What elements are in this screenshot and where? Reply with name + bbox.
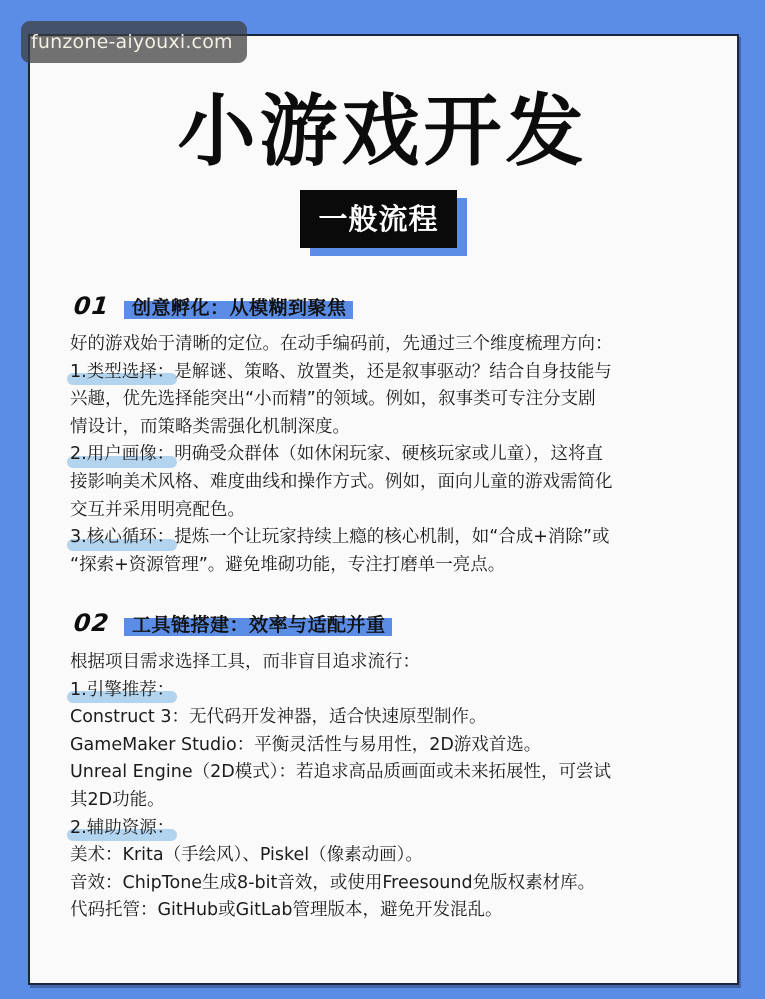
page-title: 小游戏开发	[0, 82, 765, 182]
section-header-01: 01 创意孵化：从模糊到聚焦	[74, 289, 353, 323]
group-label: 2.辅助资源：	[70, 815, 710, 843]
list-item: 1.类型选择：是解谜、策略、放置类，还是叙事驱动？结合自身技能与	[70, 359, 710, 387]
section-title: 创意孵化：从模糊到聚焦	[132, 297, 347, 319]
item-line: 兴趣，优先选择能突出“小而精”的领域。例如，叙事类可专注分支剧	[70, 386, 710, 414]
section-01-body: 好的游戏始于清晰的定位。在动手编码前，先通过三个维度梳理方向： 1.类型选择：是…	[70, 331, 710, 579]
section-number: 02	[73, 609, 126, 637]
group-label: 1.引擎推荐：	[70, 677, 710, 705]
engine-item: Unreal Engine（2D模式）：若追求高品质画面或未来拓展性，可尝试	[70, 759, 710, 787]
intro-text: 根据项目需求选择工具，而非盲目追求流行：	[70, 649, 710, 677]
watermark: funzone-aiyouxi.com	[21, 21, 247, 63]
intro-text: 好的游戏始于清晰的定位。在动手编码前，先通过三个维度梳理方向：	[70, 331, 710, 359]
section-title-wrap: 创意孵化：从模糊到聚焦	[124, 293, 353, 320]
subtitle-label: 一般流程	[300, 190, 457, 248]
section-number: 01	[73, 292, 126, 320]
resource-item: 音效：ChipTone生成8-bit音效，或使用Freesound免版权素材库。	[70, 870, 710, 898]
item-label-highlight: 3.核心循环：	[70, 524, 174, 552]
group-label-highlight: 2.辅助资源：	[70, 815, 174, 843]
section-title: 工具链搭建：效率与适配并重	[132, 614, 386, 636]
engine-item: Construct 3：无代码开发神器，适合快速原型制作。	[70, 704, 710, 732]
section-header-02: 02 工具链搭建：效率与适配并重	[74, 606, 392, 640]
engine-item: 其2D功能。	[70, 787, 710, 815]
group-label-highlight: 1.引擎推荐：	[70, 677, 174, 705]
item-line: 情设计，而策略类需强化机制深度。	[70, 414, 710, 442]
section-title-wrap: 工具链搭建：效率与适配并重	[124, 610, 392, 637]
engine-item: GameMaker Studio：平衡灵活性与易用性，2D游戏首选。	[70, 732, 710, 760]
item-line: “探索+资源管理”。避免堆砌功能，专注打磨单一亮点。	[70, 552, 710, 580]
section-02-body: 根据项目需求选择工具，而非盲目追求流行： 1.引擎推荐： Construct 3…	[70, 649, 710, 925]
item-label-highlight: 2.用户画像：	[70, 441, 174, 469]
resource-item: 美术：Krita（手绘风）、Piskel（像素动画）。	[70, 842, 710, 870]
item-line: 接影响美术风格、难度曲线和操作方式。例如，面向儿童的游戏需简化	[70, 469, 710, 497]
list-item: 2.用户画像：明确受众群体（如休闲玩家、硬核玩家或儿童），这将直	[70, 441, 710, 469]
item-line: 交互并采用明亮配色。	[70, 497, 710, 525]
list-item: 3.核心循环：提炼一个让玩家持续上瘾的核心机制，如“合成+消除”或	[70, 524, 710, 552]
subtitle-badge: 一般流程	[300, 190, 457, 248]
resource-item: 代码托管：GitHub或GitLab管理版本，避免开发混乱。	[70, 897, 710, 925]
item-label-highlight: 1.类型选择：	[70, 359, 174, 387]
